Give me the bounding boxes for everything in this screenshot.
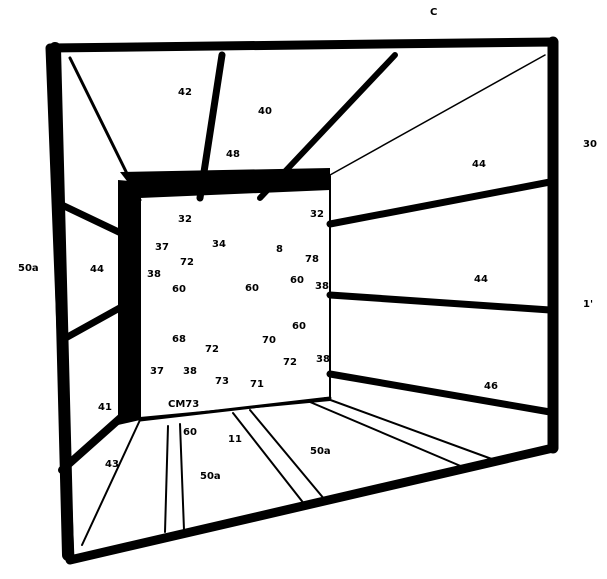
label-panel-72c: 72: [283, 358, 297, 368]
label-panel-60d: 60: [292, 322, 306, 332]
enclosure-diagram: [0, 0, 607, 579]
label-panel-72a: 72: [180, 258, 194, 268]
label-panel-38c: 38: [183, 367, 197, 377]
floor-rail-right-a: [310, 402, 470, 470]
left-wall-brace-1: [62, 205, 125, 235]
label-right-rail-1: 44: [472, 160, 486, 170]
label-panel-60c: 60: [290, 276, 304, 286]
floor-rail-left-b: [180, 424, 184, 530]
right-rail-middle: [330, 295, 550, 310]
label-panel-32b: 32: [310, 210, 324, 220]
label-panel-34: 34: [212, 240, 226, 250]
label-right-rail-2: 44: [474, 275, 488, 285]
left-post: [55, 48, 68, 555]
label-panel-cm: CM73: [168, 400, 199, 410]
label-rear-top: 48: [226, 150, 240, 160]
right-rail-upper: [330, 182, 550, 224]
label-panel-60b: 60: [245, 284, 259, 294]
label-right-frame: 30: [583, 140, 597, 150]
label-panel-38: 38: [147, 270, 161, 280]
left-wall-brace-2: [62, 305, 125, 340]
label-floor-50a-1: 50a: [310, 447, 331, 457]
label-panel-70: 70: [262, 336, 276, 346]
label-panel-68: 68: [172, 335, 186, 345]
floor-rail-left-a: [165, 426, 168, 532]
label-right-lower: 46: [484, 382, 498, 392]
label-panel-72b: 72: [205, 345, 219, 355]
ceiling-edge-right: [330, 55, 545, 175]
label-outer-left: 50a: [18, 264, 39, 274]
label-ceiling-2: 40: [258, 107, 272, 117]
left-wall-post: [118, 180, 140, 425]
label-panel-37b: 37: [150, 367, 164, 377]
label-panel-71: 71: [250, 380, 264, 390]
label-panel-32a: 32: [178, 215, 192, 225]
left-wall-brace-3: [62, 405, 135, 470]
floor-edge-left: [82, 420, 140, 545]
label-left-wall-1: 44: [90, 265, 104, 275]
label-panel-8: 8: [276, 245, 283, 255]
label-panel-38d: 38: [316, 355, 330, 365]
label-floor-60: 60: [183, 428, 197, 438]
ceiling-edge-left: [70, 58, 140, 200]
label-ceiling-1: 42: [178, 88, 192, 98]
label-left-wall-2: 41: [98, 403, 112, 413]
label-floor-11: 11: [228, 435, 242, 445]
label-right-rail-post: 1': [583, 300, 593, 310]
right-rail-lower: [330, 374, 550, 412]
floor-rail-right-b: [325, 398, 500, 462]
rear-panel: [140, 176, 330, 418]
floor-rail-mid-a: [233, 413, 305, 505]
label-c: C: [430, 8, 437, 18]
label-panel-78: 78: [305, 255, 319, 265]
label-panel-73: 73: [215, 377, 229, 387]
label-panel-60a: 60: [172, 285, 186, 295]
label-panel-38b: 38: [315, 282, 329, 292]
label-left-wall-3: 43: [105, 460, 119, 470]
label-panel-37a: 37: [155, 243, 169, 253]
label-floor-50a-2: 50a: [200, 472, 221, 482]
